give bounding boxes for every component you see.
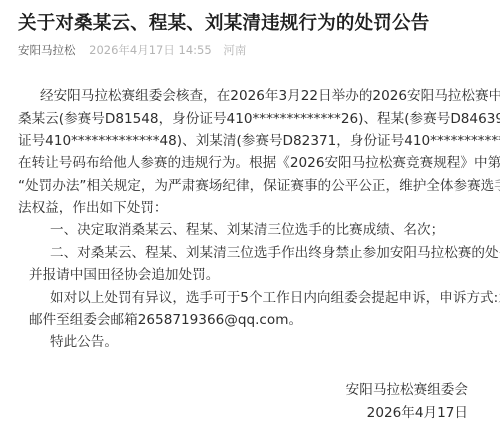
body-line: 证号410*************48)、刘某清(参赛号D82371，身份证号… [18,132,500,150]
penalty-item-2: 二、对桑某云、程某、刘某清三位选手作出终身禁止参加安阳马拉松赛的处罚， [50,244,500,262]
signature-organization: 安阳马拉松赛组委会 [346,378,468,398]
body-line: 在转让号码布给他人参赛的违规行为。根据《2026安阳马拉松赛竞赛规程》中第十四条 [18,154,500,172]
article-meta: 安阳马拉松 2026年4月17日 14:55 河南 [18,42,246,58]
penalty-item-1: 一、决定取消桑某云、程某、刘某清三位选手的比赛成绩、名次； [50,221,444,239]
appeal-email: 邮件至组委会邮箱2658719366@qq.com。 [29,311,302,329]
body-line: 桑某云(参赛号D81548，身份证号410*************26)、程某… [18,110,500,128]
publish-time: 2026年4月17日 14:55 [89,43,212,57]
closing-line: 特此公告。 [50,333,118,351]
body-line: “处罚办法”相关规定，为严肃赛场纪律，保证赛事的公平公正，维护全体参赛选手的合 [18,177,500,195]
article-title: 关于对桑某云、程某、刘某清违规行为的处罚公告 [18,9,429,35]
source-account-link[interactable]: 安阳马拉松 [18,43,76,57]
body-line: 经安阳马拉松赛组委会核查，在2026年3月22日举办的2026安阳马拉松赛中，选… [40,87,500,105]
signature-date: 2026年4月17日 [367,401,468,421]
body-line: 并报请中国田径协会追加处罚。 [29,266,219,284]
body-line: 法权益，作出如下处罚： [18,199,168,217]
publish-location: 河南 [223,43,246,57]
appeal-paragraph: 如对以上处罚有异议，选手可于5个工作日内向组委会提起申诉，申诉方式:发送 [50,289,500,307]
